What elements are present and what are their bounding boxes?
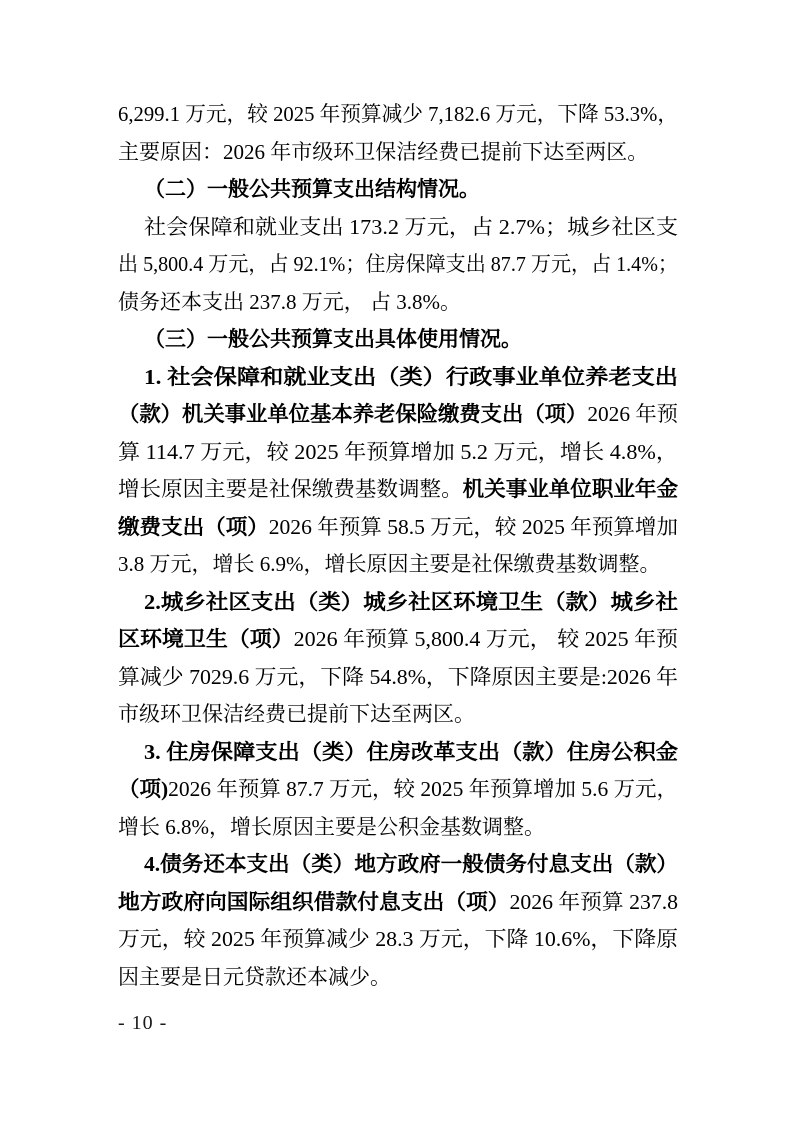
text-segment: 主要原因：2026 年市级环卫保洁经费已提前下达至两区。 <box>118 140 648 164</box>
text-line: 6,299.1 万元，较 2025 年预算减少 7,182.6 万元，下降 53… <box>118 96 678 134</box>
text-line-content: 增长原因主要是社保缴费基数调整。机关事业单位职业年金 <box>118 471 678 509</box>
text-line: 2.城乡社区支出（类）城乡社区环境卫生（款）城乡社 <box>118 584 678 622</box>
text-segment: 因主要是日元贷款还本减少。 <box>118 965 391 989</box>
text-line: 算 114.7 万元，较 2025 年预算增加 5.2 万元，增长 4.8%， <box>118 434 678 472</box>
bold-text-segment: 区环境卫生（项） <box>118 627 294 651</box>
text-line-content: 1. 社会保障和就业支出（类）行政事业单位养老支出 <box>144 359 678 397</box>
text-line-content: 地方政府向国际组织借款付息支出（项）2026 年预算 237.8 <box>118 884 678 922</box>
text-line-content: 4.债务还本支出（类）地方政府一般债务付息支出（款） <box>144 846 678 884</box>
text-line-content: 6,299.1 万元，较 2025 年预算减少 7,182.6 万元，下降 53… <box>118 96 678 134</box>
bold-text-segment: 2.城乡社区支出（类）城乡社区环境卫生（款）城乡社 <box>144 590 678 614</box>
text-line-content: 缴费支出（项）2026 年预算 58.5 万元，较 2025 年预算增加 <box>118 509 678 547</box>
text-line: 1. 社会保障和就业支出（类）行政事业单位养老支出 <box>118 359 678 397</box>
text-segment: 2026 年预算 5,800.4 万元， 较 2025 年预 <box>294 627 678 651</box>
bold-text-segment: （项) <box>118 777 168 801</box>
text-segment: 算 114.7 万元，较 2025 年预算增加 5.2 万元，增长 4.8%， <box>118 440 678 464</box>
text-segment: 出 5,800.4 万元，占 92.1%；住房保障支出 87.7 万元，占 1.… <box>118 252 678 276</box>
text-line: 债务还本支出 237.8 万元， 占 3.8%。 <box>118 284 678 322</box>
text-line-content: 3. 住房保障支出（类）住房改革支出（款）住房公积金 <box>144 734 678 772</box>
bold-text-segment: （二）一般公共预算支出结构情况。 <box>144 177 480 201</box>
text-line: 社会保障和就业支出 173.2 万元，占 2.7%；城乡社区支 <box>118 209 678 247</box>
text-segment: 6,299.1 万元，较 2025 年预算减少 7,182.6 万元，下降 53… <box>118 102 678 126</box>
text-line: 增长原因主要是社保缴费基数调整。机关事业单位职业年金 <box>118 471 678 509</box>
text-line-content: 债务还本支出 237.8 万元， 占 3.8%。 <box>118 284 461 322</box>
text-line: 出 5,800.4 万元，占 92.1%；住房保障支出 87.7 万元，占 1.… <box>118 246 678 284</box>
text-line-content: 区环境卫生（项）2026 年预算 5,800.4 万元， 较 2025 年预 <box>118 621 678 659</box>
text-line: 算减少 7029.6 万元，下降 54.8%，下降原因主要是:2026 年 <box>118 659 678 697</box>
text-line: 4.债务还本支出（类）地方政府一般债务付息支出（款） <box>118 846 678 884</box>
text-line-content: （项)2026 年预算 87.7 万元，较 2025 年预算增加 5.6 万元， <box>118 771 678 809</box>
text-line: 因主要是日元贷款还本减少。 <box>118 959 678 997</box>
text-line: 地方政府向国际组织借款付息支出（项）2026 年预算 237.8 <box>118 884 678 922</box>
text-segment: 2026 年预 <box>587 402 678 426</box>
text-line-content: （二）一般公共预算支出结构情况。 <box>144 171 480 209</box>
text-line: 缴费支出（项）2026 年预算 58.5 万元，较 2025 年预算增加 <box>118 509 678 547</box>
document-page: 6,299.1 万元，较 2025 年预算减少 7,182.6 万元，下降 53… <box>0 0 793 1122</box>
bold-text-segment: 地方政府向国际组织借款付息支出（项） <box>118 890 509 914</box>
text-line: 3.8 万元，增长 6.9%，增长原因主要是社保缴费基数调整。 <box>118 546 678 584</box>
text-line-content: 万元，较 2025 年预算减少 28.3 万元，下降 10.6%，下降原 <box>118 921 678 959</box>
text-line-content: 3.8 万元，增长 6.9%，增长原因主要是社保缴费基数调整。 <box>118 546 661 584</box>
text-line-content: 算 114.7 万元，较 2025 年预算增加 5.2 万元，增长 4.8%， <box>118 434 678 472</box>
text-line-content: 2.城乡社区支出（类）城乡社区环境卫生（款）城乡社 <box>144 584 678 622</box>
page-number: - 10 - <box>118 1012 167 1035</box>
text-line: 增长 6.8%，增长原因主要是公积金基数调整。 <box>118 809 678 847</box>
text-segment: 2026 年预算 58.5 万元，较 2025 年预算增加 <box>269 515 678 539</box>
bold-text-segment: 4.债务还本支出（类）地方政府一般债务付息支出（款） <box>144 852 678 876</box>
heading-line: （二）一般公共预算支出结构情况。 <box>118 171 678 209</box>
bold-text-segment: （三）一般公共预算支出具体使用情况。 <box>144 327 522 351</box>
text-segment: 3.8 万元，增长 6.9%，增长原因主要是社保缴费基数调整。 <box>118 552 661 576</box>
text-segment: 市级环卫保洁经费已提前下达至两区。 <box>118 702 475 726</box>
bold-text-segment: （款）机关事业单位基本养老保险缴费支出（项） <box>118 402 587 426</box>
text-line: （项)2026 年预算 87.7 万元，较 2025 年预算增加 5.6 万元， <box>118 771 678 809</box>
text-segment: 2026 年预算 237.8 <box>509 890 678 914</box>
text-line-content: 主要原因：2026 年市级环卫保洁经费已提前下达至两区。 <box>118 134 648 172</box>
text-line-content: 增长 6.8%，增长原因主要是公积金基数调整。 <box>118 809 545 847</box>
bold-text-segment: 3. 住房保障支出（类）住房改革支出（款）住房公积金 <box>144 740 678 764</box>
heading-line: （三）一般公共预算支出具体使用情况。 <box>118 321 678 359</box>
text-line: （款）机关事业单位基本养老保险缴费支出（项）2026 年预 <box>118 396 678 434</box>
text-line: 3. 住房保障支出（类）住房改革支出（款）住房公积金 <box>118 734 678 772</box>
bold-text-segment: 1. 社会保障和就业支出（类）行政事业单位养老支出 <box>144 365 678 389</box>
text-line: 万元，较 2025 年预算减少 28.3 万元，下降 10.6%，下降原 <box>118 921 678 959</box>
text-segment: 算减少 7029.6 万元，下降 54.8%，下降原因主要是:2026 年 <box>118 665 678 689</box>
text-line-content: 出 5,800.4 万元，占 92.1%；住房保障支出 87.7 万元，占 1.… <box>118 246 678 284</box>
text-line-content: （三）一般公共预算支出具体使用情况。 <box>144 321 522 359</box>
document-body: 6,299.1 万元，较 2025 年预算减少 7,182.6 万元，下降 53… <box>118 96 678 996</box>
text-line-content: 市级环卫保洁经费已提前下达至两区。 <box>118 696 475 734</box>
text-line-content: 社会保障和就业支出 173.2 万元，占 2.7%；城乡社区支 <box>144 209 678 247</box>
text-segment: 2026 年预算 87.7 万元，较 2025 年预算增加 5.6 万元， <box>168 777 678 801</box>
text-line: 区环境卫生（项）2026 年预算 5,800.4 万元， 较 2025 年预 <box>118 621 678 659</box>
text-segment: 增长原因主要是社保缴费基数调整。 <box>118 477 463 501</box>
bold-text-segment: 机关事业单位职业年金 <box>463 477 678 501</box>
text-line-content: 算减少 7029.6 万元，下降 54.8%，下降原因主要是:2026 年 <box>118 659 678 697</box>
text-line-content: 因主要是日元贷款还本减少。 <box>118 959 391 997</box>
text-segment: 万元，较 2025 年预算减少 28.3 万元，下降 10.6%，下降原 <box>118 927 678 951</box>
text-segment: 社会保障和就业支出 173.2 万元，占 2.7%；城乡社区支 <box>144 215 678 239</box>
text-line: 市级环卫保洁经费已提前下达至两区。 <box>118 696 678 734</box>
text-segment: 增长 6.8%，增长原因主要是公积金基数调整。 <box>118 815 545 839</box>
text-line: 主要原因：2026 年市级环卫保洁经费已提前下达至两区。 <box>118 134 678 172</box>
bold-text-segment: 缴费支出（项） <box>118 515 269 539</box>
text-line-content: （款）机关事业单位基本养老保险缴费支出（项）2026 年预 <box>118 396 678 434</box>
text-segment: 债务还本支出 237.8 万元， 占 3.8%。 <box>118 290 461 314</box>
